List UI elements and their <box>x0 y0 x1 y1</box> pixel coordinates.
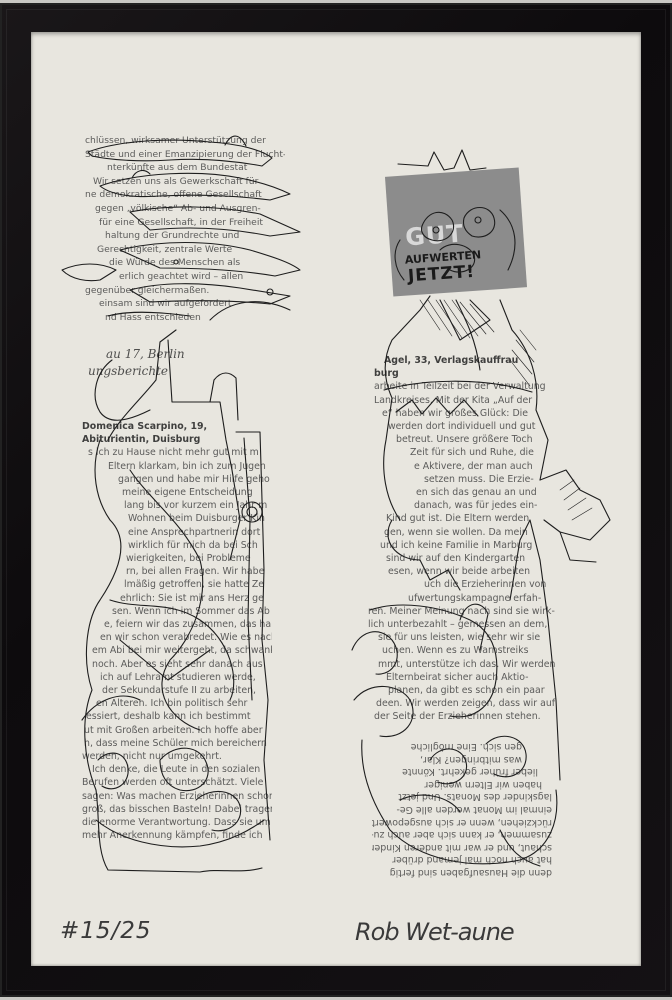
edition-number: #15/25 <box>60 918 152 944</box>
left-headdress-drawing <box>62 136 300 320</box>
pen-drawing <box>0 0 672 1000</box>
artist-signature: Rob Wet-aune <box>355 918 514 946</box>
right-head-drawing <box>395 150 515 280</box>
right-body-drawing <box>352 296 610 866</box>
left-body-drawing <box>82 330 270 872</box>
